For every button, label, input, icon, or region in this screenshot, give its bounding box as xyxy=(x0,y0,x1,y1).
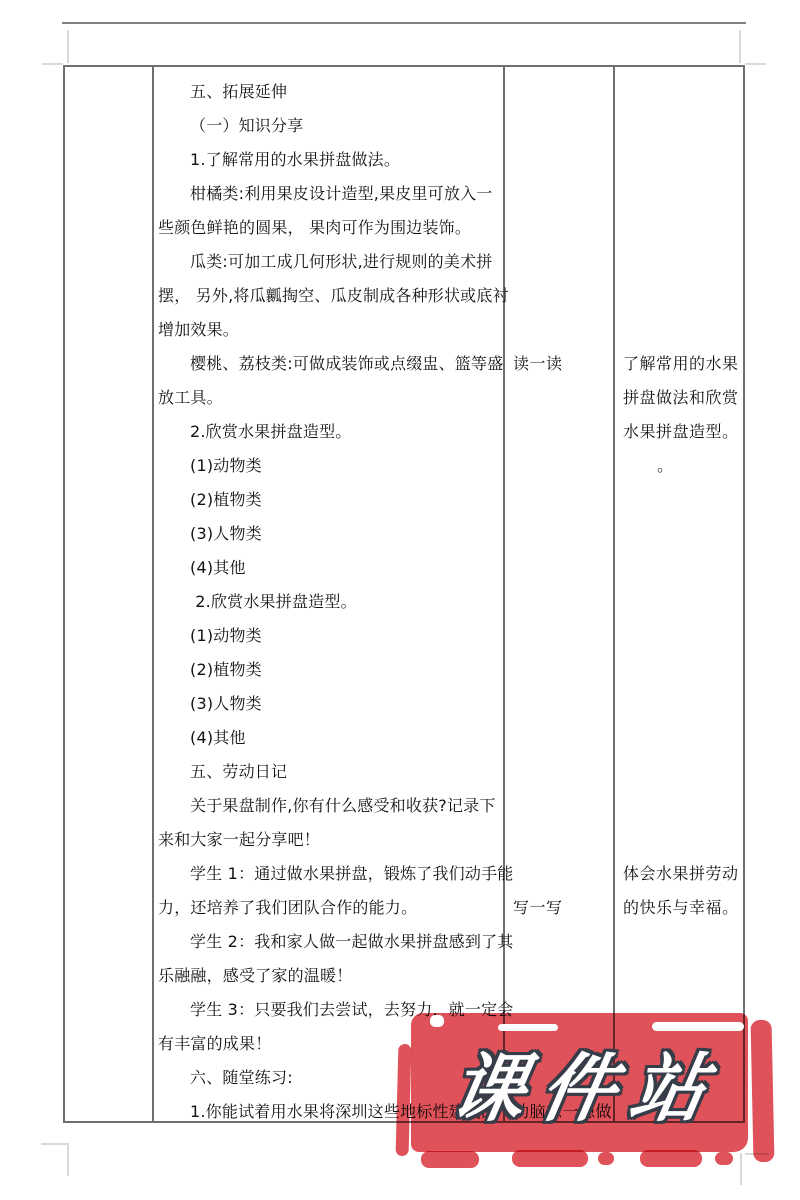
stamp-text: 课件站 xyxy=(399,1013,761,1152)
margin-mark-bottom-right-v xyxy=(740,1153,742,1185)
stamp-border-bottom-dash xyxy=(421,1151,479,1168)
text-line: (2)植物类 xyxy=(158,483,506,517)
text-line: 樱桃、荔枝类:可做成装饰或点缀盅、篮等盛 xyxy=(158,347,506,381)
activity-label: 写一写 xyxy=(513,891,563,925)
margin-mark-bottom-left-h xyxy=(41,1143,68,1145)
text-line: 五、拓展延伸 xyxy=(158,75,506,109)
goal-block: 了解常用的水果拼盘做法和欣赏水果拼盘造型。。 xyxy=(623,347,745,483)
text-line: 1.了解常用的水果拼盘做法。 xyxy=(158,143,506,177)
text-line: 2.欣赏水果拼盘造型。 xyxy=(158,415,506,449)
goal-line: 体会水果拼劳动 xyxy=(623,857,745,891)
text-line: (1)动物类 xyxy=(158,449,506,483)
table-divider-1 xyxy=(152,65,154,1123)
margin-mark-top-right-h xyxy=(745,63,766,65)
document-page: 五、拓展延伸（一）知识分享1.了解常用的水果拼盘做法。柑橘类:利用果皮设计造型,… xyxy=(0,0,800,1200)
text-line: （一）知识分享 xyxy=(158,109,506,143)
text-line: 摆， 另外,将瓜瓤掏空、瓜皮制成各种形状或底衬 xyxy=(158,279,506,313)
stamp-border-bottom-dash xyxy=(512,1150,588,1167)
goal-line: 了解常用的水果 xyxy=(623,347,745,381)
text-line: 力，还培养了我们团队合作的能力。 xyxy=(158,891,506,925)
text-line: 五、劳动日记 xyxy=(158,755,506,789)
goal-line: 。 xyxy=(623,449,745,483)
main-text: 五、拓展延伸（一）知识分享1.了解常用的水果拼盘做法。柑橘类:利用果皮设计造型,… xyxy=(158,75,506,1129)
text-line: (3)人物类 xyxy=(158,517,506,551)
margin-mark-bottom-left-v xyxy=(67,1143,69,1176)
text-line: 放工具。 xyxy=(158,381,506,415)
page-top-rule xyxy=(62,22,746,24)
text-line: 关于果盘制作,你有什么感受和收获?记录下 xyxy=(158,789,506,823)
text-line: (2)植物类 xyxy=(158,653,506,687)
goal-block: 体会水果拼劳动的快乐与幸福。 xyxy=(623,857,745,925)
text-line: 来和大家一起分享吧！ xyxy=(158,823,506,857)
goal-line: 拼盘做法和欣赏 xyxy=(623,381,745,415)
text-line: 瓜类:可加工成几何形状,进行规则的美术拼 xyxy=(158,245,506,279)
text-line: 2.欣赏水果拼盘造型。 xyxy=(158,585,506,619)
stamp-border-bottom-dash xyxy=(598,1152,614,1165)
goal-line: 水果拼盘造型。 xyxy=(623,415,745,449)
text-line: (4)其他 xyxy=(158,721,506,755)
text-line: (1)动物类 xyxy=(158,619,506,653)
text-line: 乐融融，感受了家的温暖！ xyxy=(158,959,506,993)
margin-mark-top-left-v xyxy=(67,30,69,63)
text-line: (4)其他 xyxy=(158,551,506,585)
stamp-border-bottom-dash xyxy=(715,1152,733,1165)
table-divider-3 xyxy=(613,65,615,1123)
text-line: 学生 2：我和家人做一起做水果拼盘感到了其 xyxy=(158,925,506,959)
text-line: 学生 1：通过做水果拼盘，锻炼了我们动手能 xyxy=(158,857,506,891)
margin-mark-top-right-v xyxy=(739,30,741,63)
text-line: 些颜色鲜艳的圆果， 果肉可作为围边装饰。 xyxy=(158,211,506,245)
text-line: (3)人物类 xyxy=(158,687,506,721)
margin-mark-top-left-h xyxy=(42,63,63,65)
text-line: 增加效果。 xyxy=(158,313,506,347)
stamp-border-bottom-dash xyxy=(640,1150,702,1167)
goal-line: 的快乐与幸福。 xyxy=(623,891,745,925)
activity-label: 读一读 xyxy=(513,347,563,381)
text-line: 柑橘类:利用果皮设计造型,果皮里可放入一 xyxy=(158,177,506,211)
